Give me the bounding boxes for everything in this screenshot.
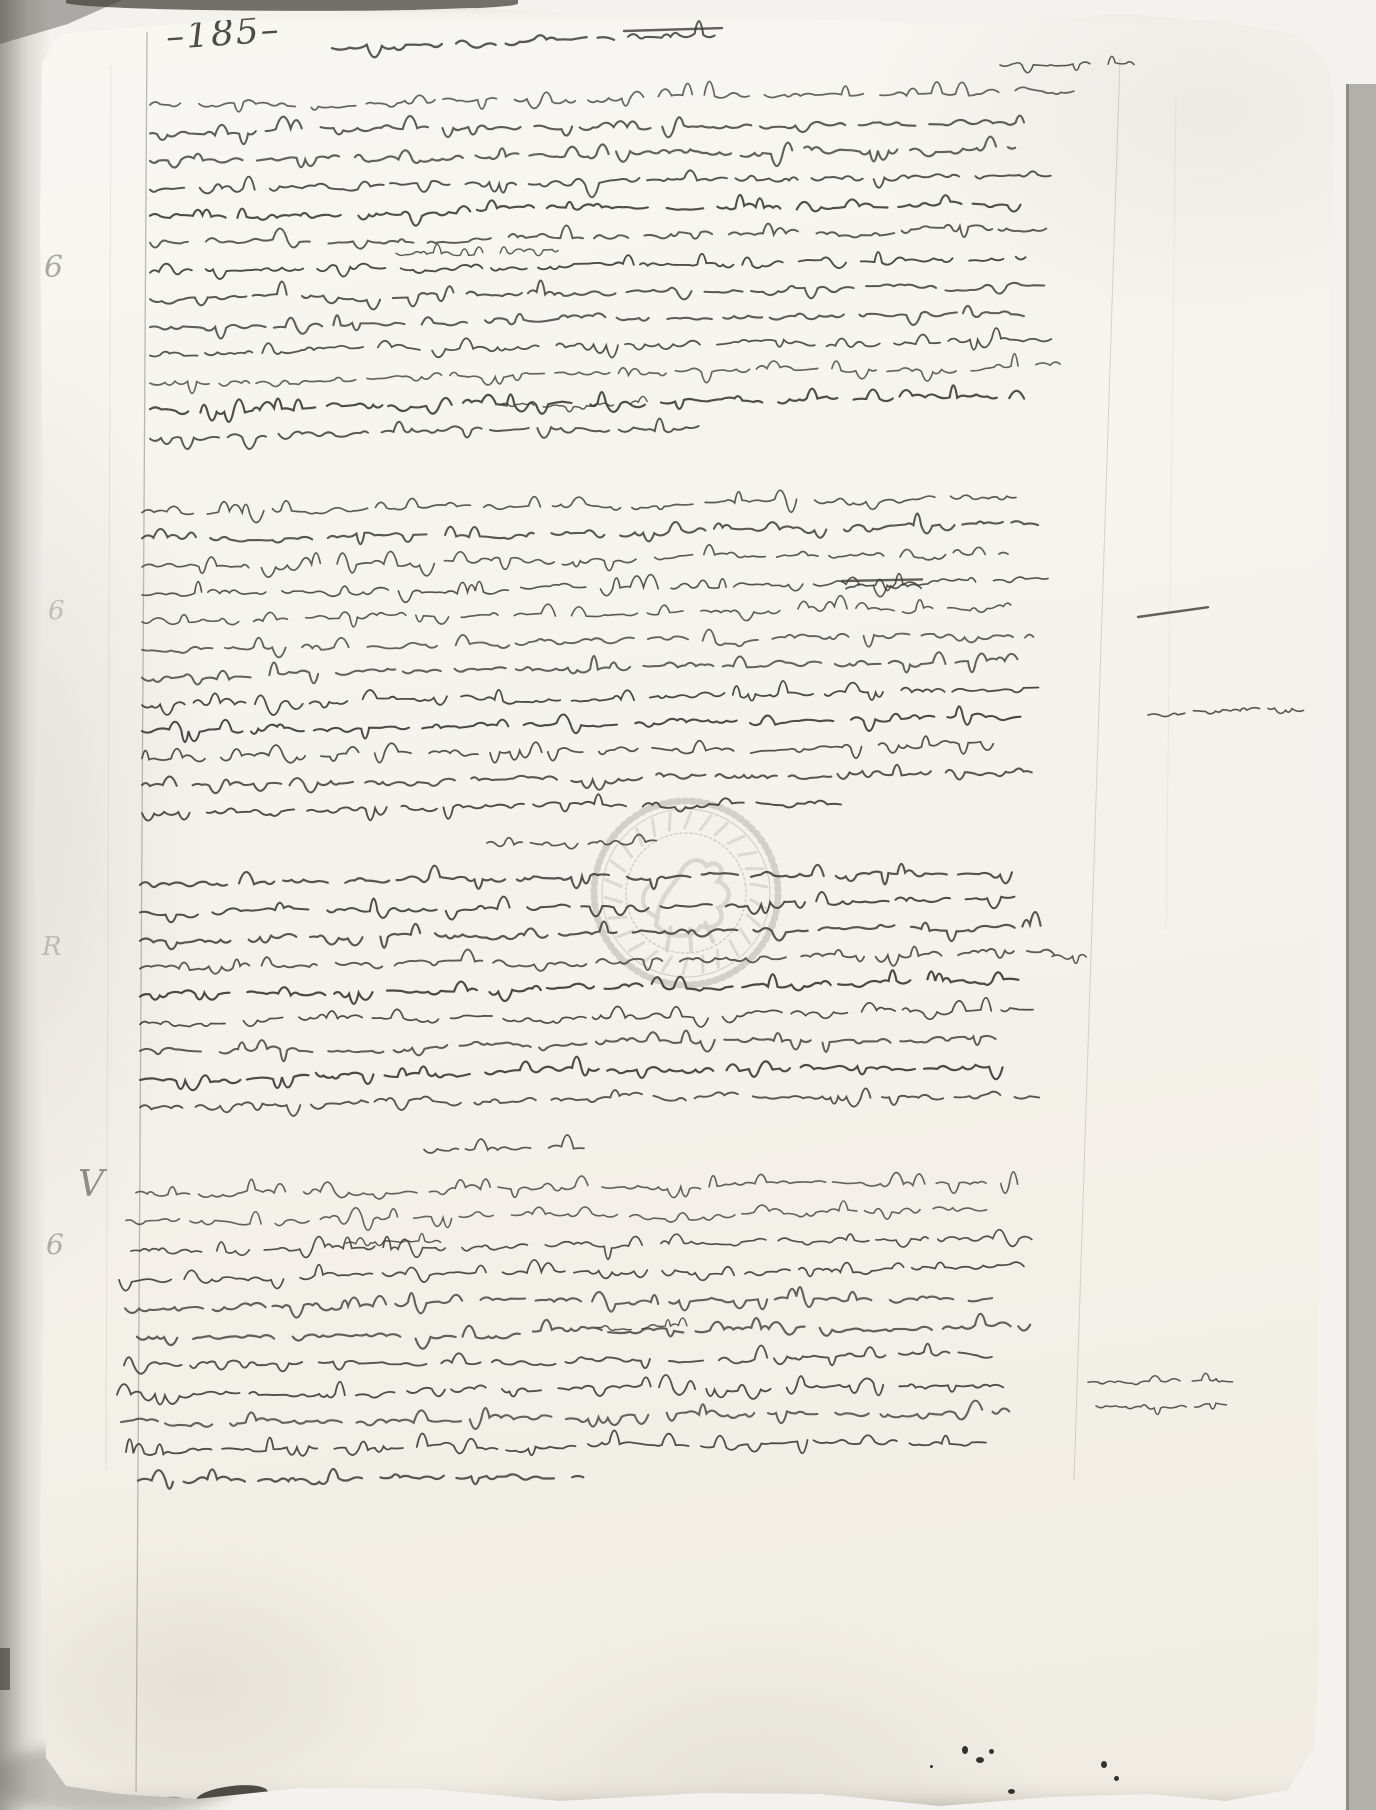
struck-word-entry-2 [842, 579, 922, 590]
left-margin-mark: 6 [48, 596, 65, 626]
manuscript-page: –185– 66RV6 [0, 0, 1376, 1810]
handwriting-line [150, 354, 1060, 394]
interline-insert-3 [346, 1234, 441, 1246]
archive-stamp-icon [582, 789, 790, 997]
handwriting-line [142, 490, 1016, 522]
handwriting-line [119, 1260, 1024, 1291]
manuscript-scan: –185– 66RV6 [0, 0, 1376, 1810]
handwriting-line [138, 1469, 583, 1489]
left-edge-mark [0, 1648, 10, 1690]
margin-dash [1138, 607, 1208, 617]
handwriting-line [150, 328, 1051, 357]
handwriting-line [150, 224, 1046, 249]
handwriting-layer [0, 0, 1376, 1810]
handwriting-line [140, 1057, 1003, 1090]
handwriting-line [140, 1031, 996, 1062]
ink-speck [976, 1757, 984, 1763]
handwriting-line [140, 1088, 1039, 1115]
handwritten-entry-2 [142, 490, 1048, 820]
strikethrough-line [624, 28, 722, 31]
handwriting-line [142, 652, 1018, 684]
interline-insert-4 [596, 1318, 687, 1330]
adjacent-page-edge [1346, 84, 1376, 1810]
handwriting-line [125, 1287, 992, 1318]
handwriting-line [150, 306, 1024, 339]
right-margin-note-1 [1148, 708, 1304, 717]
handwriting-line [142, 596, 1011, 627]
ink-speck [1114, 1776, 1119, 1781]
right-margin-dash [1138, 607, 1208, 617]
handwriting-line [137, 1314, 1030, 1349]
handwriting-line [142, 574, 1048, 603]
handwriting-line [124, 1344, 992, 1374]
ink-speck [1008, 1789, 1015, 1794]
centered-note-entry-2 [487, 835, 656, 849]
left-margin-mark: R [42, 932, 62, 962]
handwriting-line [142, 736, 993, 763]
handwriting-line [131, 1230, 1032, 1260]
ink-speck [930, 1765, 933, 1768]
handwriting-line [126, 1430, 986, 1455]
handwriting-line [136, 1172, 1018, 1199]
handwriting-line [140, 892, 1014, 922]
ink-speck [1060, 1797, 1069, 1803]
handwriting-line [140, 864, 1012, 889]
handwriting-line [150, 281, 1044, 310]
ink-speck [962, 1746, 968, 1754]
ink-speck [989, 1749, 994, 1754]
handwriting-line [150, 82, 1074, 112]
handwriting-line [140, 912, 1041, 949]
handwriting-line [142, 513, 1038, 544]
handwriting-line [140, 947, 1054, 974]
handwritten-entry-1 [150, 82, 1074, 449]
strikethrough-line [842, 579, 922, 581]
left-margin-mark: 6 [44, 250, 63, 285]
page-number: –185– [165, 12, 282, 56]
left-margin-mark: 6 [46, 1228, 64, 1261]
handwriting-line [126, 1201, 987, 1230]
handwriting-line [150, 137, 1015, 168]
right-insert-line-1 [1088, 1373, 1233, 1384]
right-insert-line-2 [1096, 1403, 1226, 1414]
handwriting-line [150, 252, 1026, 279]
handwriting-line [150, 170, 1051, 197]
header-struck-word [624, 21, 722, 38]
centered-note-entry-3 [424, 1135, 584, 1153]
handwriting-line [140, 998, 1033, 1027]
handwritten-entry-4 [117, 1172, 1032, 1489]
handwriting-line [121, 1401, 1009, 1429]
handwriting-line [140, 970, 1018, 1004]
left-margin-mark: V [78, 1164, 104, 1205]
handwriting-line [117, 1375, 1003, 1405]
interline-insert-1 [396, 244, 558, 255]
handwriting-line [142, 706, 1020, 742]
ink-speck [1101, 1761, 1107, 1768]
handwriting-line [150, 419, 699, 449]
interline-insert-2 [500, 396, 647, 411]
handwriting-line [150, 116, 1024, 145]
corner-note [1000, 56, 1134, 72]
header-title-note [332, 35, 614, 57]
handwriting-line [150, 195, 1021, 226]
handwriting-line [142, 629, 1033, 657]
handwriting-line [150, 385, 1024, 422]
handwriting-line [142, 545, 1008, 577]
handwriting-line [142, 765, 1032, 793]
right-margin-note-2 [1052, 955, 1086, 964]
handwriting-line [142, 681, 1038, 715]
